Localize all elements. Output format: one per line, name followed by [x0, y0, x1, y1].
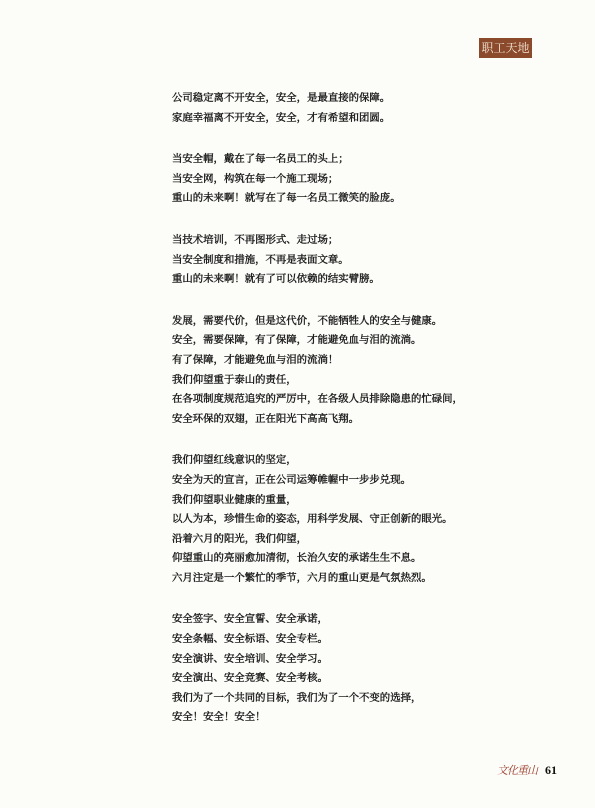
poem-line: 安全为天的宣言，正在公司运筹帷幄中一步步兑现。 — [172, 471, 512, 491]
poem-line: 当安全帽，戴在了每一名员工的头上； — [172, 150, 512, 170]
poem-line: 安全环保的双翅，正在阳光下高高飞翔。 — [172, 410, 512, 430]
poem-line: 安全演出、安全竞赛、安全考核。 — [172, 669, 512, 689]
poem-line: 以人为本，珍惜生命的姿态，用科学发展、守正创新的眼光。 — [172, 510, 512, 530]
poem-line: 我们为了一个共同的目标，我们为了一个不变的选择， — [172, 689, 512, 709]
magazine-logo: 文化重山 — [497, 762, 537, 778]
poem-line: 当安全制度和措施，不再是表面文章。 — [172, 251, 512, 271]
poem-line: 安全演讲、安全培训、安全学习。 — [172, 650, 512, 670]
poem-body: 公司稳定离不开安全，安全，是最直接的保障。 家庭幸福离不开安全，安全，才有希望和… — [172, 89, 512, 750]
poem-line: 我们仰望重于泰山的责任， — [172, 371, 512, 391]
poem-line: 重山的未来啊！就写在了每一名员工微笑的脸庞。 — [172, 189, 512, 209]
stanza-5: 我们仰望红线意识的坚定， 安全为天的宣言，正在公司运筹帷幄中一步步兑现。 我们仰… — [172, 451, 512, 588]
poem-line: 安全签字、安全宣誓、安全承诺， — [172, 610, 512, 630]
poem-line: 家庭幸福离不开安全，安全，才有希望和团圆。 — [172, 109, 512, 129]
poem-line: 我们仰望红线意识的坚定， — [172, 451, 512, 471]
page-number: 61 — [545, 763, 557, 778]
poem-line: 有了保障，才能避免血与泪的流淌！ — [172, 351, 512, 371]
poem-line: 公司稳定离不开安全，安全，是最直接的保障。 — [172, 89, 512, 109]
poem-line: 六月注定是一个繁忙的季节，六月的重山更是气氛热烈。 — [172, 569, 512, 589]
poem-line: 发展，需要代价，但是这代价，不能牺牲人的安全与健康。 — [172, 312, 512, 332]
stanza-4: 发展，需要代价，但是这代价，不能牺牲人的安全与健康。 安全，需要保障，有了保障，… — [172, 312, 512, 430]
poem-line: 仰望重山的亮丽愈加清彻，长治久安的承诺生生不息。 — [172, 549, 512, 569]
poem-line: 安全！安全！安全！ — [172, 708, 512, 728]
poem-line: 我们仰望职业健康的重量， — [172, 491, 512, 511]
stanza-2: 当安全帽，戴在了每一名员工的头上； 当安全网，构筑在每一个施工现场； 重山的未来… — [172, 150, 512, 209]
poem-line: 安全，需要保障，有了保障，才能避免血与泪的流淌。 — [172, 331, 512, 351]
page-footer: 文化重山 61 — [497, 762, 557, 778]
poem-line: 当技术培训，不再图形式、走过场； — [172, 231, 512, 251]
stanza-6: 安全签字、安全宣誓、安全承诺， 安全条幅、安全标语、安全专栏。 安全演讲、安全培… — [172, 610, 512, 728]
stanza-1: 公司稳定离不开安全，安全，是最直接的保障。 家庭幸福离不开安全，安全，才有希望和… — [172, 89, 512, 128]
section-tag: 职工天地 — [479, 38, 532, 58]
poem-line: 重山的未来啊！就有了可以依赖的结实臂膀。 — [172, 270, 512, 290]
poem-line: 安全条幅、安全标语、安全专栏。 — [172, 630, 512, 650]
poem-line: 当安全网，构筑在每一个施工现场； — [172, 170, 512, 190]
stanza-3: 当技术培训，不再图形式、走过场； 当安全制度和措施，不再是表面文章。 重山的未来… — [172, 231, 512, 290]
poem-line: 沿着六月的阳光，我们仰望， — [172, 530, 512, 550]
poem-line: 在各项制度规范追究的严厉中，在各级人员排除隐患的忙碌间， — [172, 390, 512, 410]
